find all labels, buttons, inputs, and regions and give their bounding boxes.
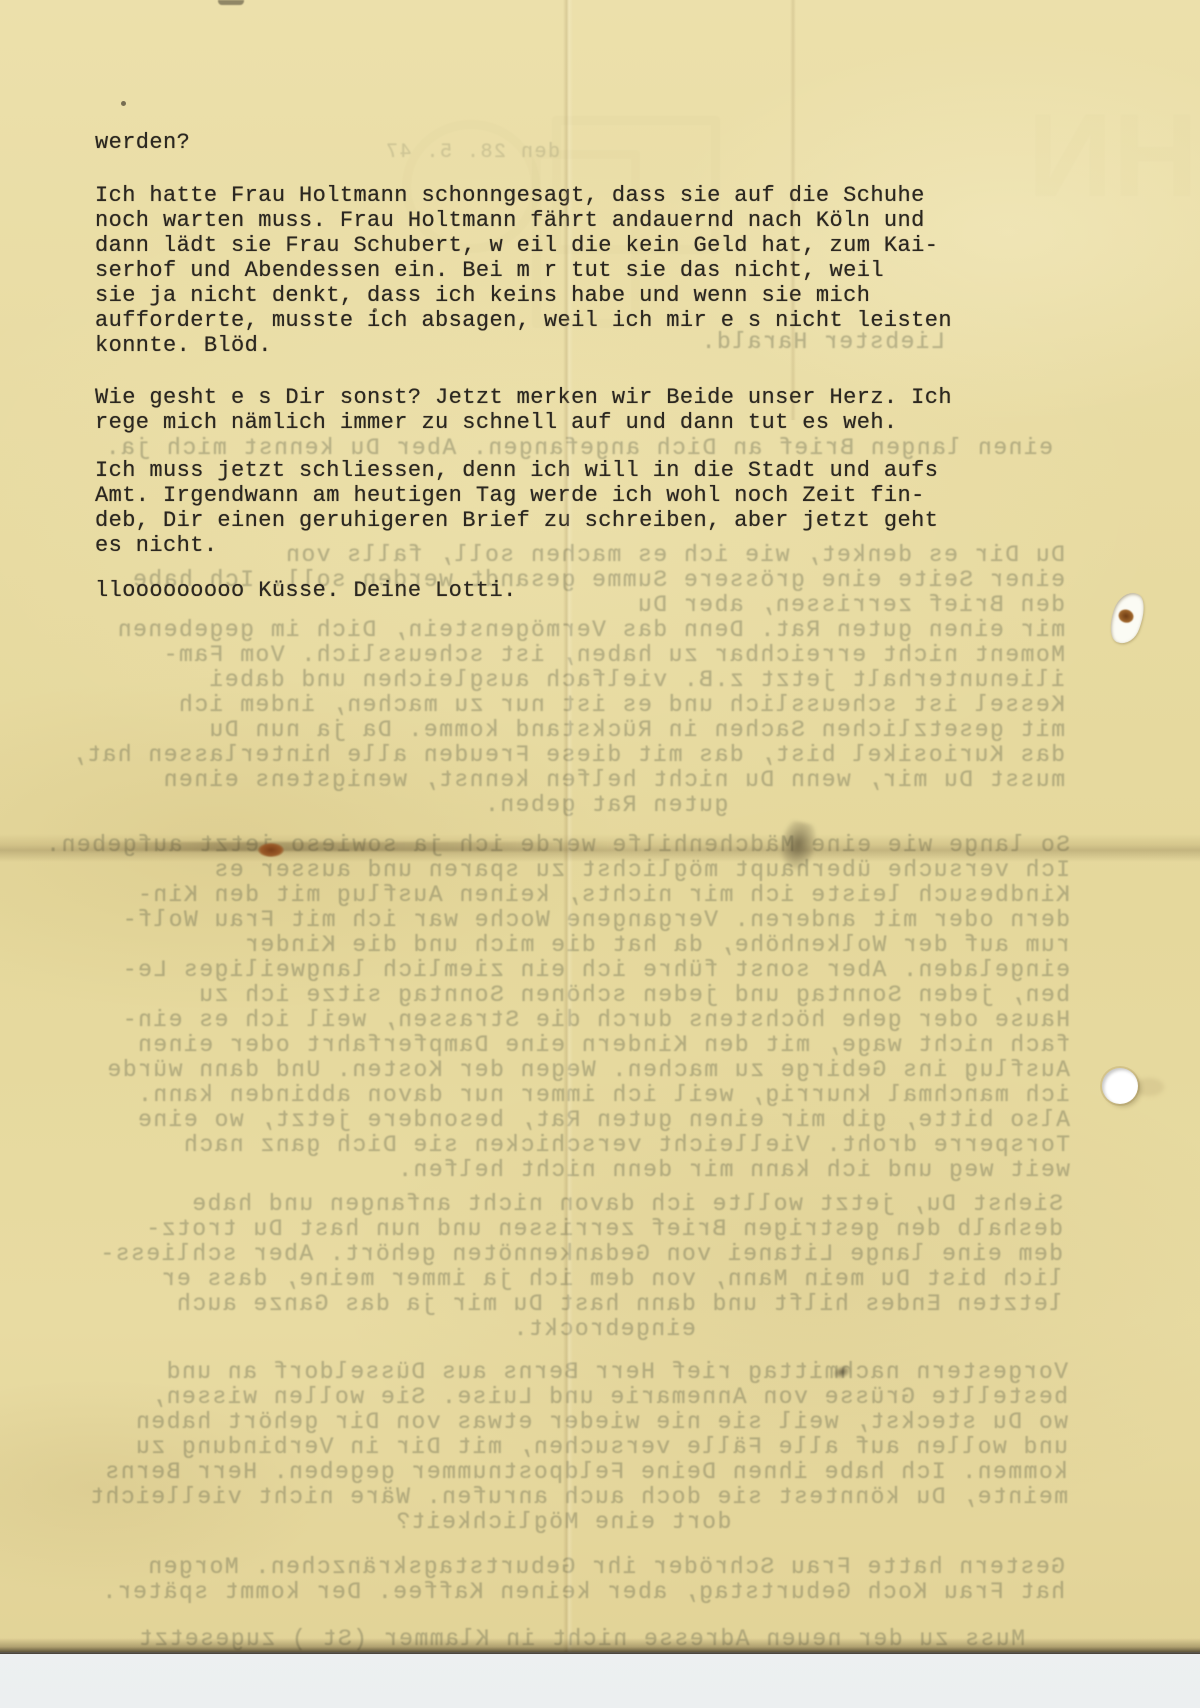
- hole-damage-spot: [1117, 608, 1135, 625]
- bleed-paragraph-f: Gestern hatte Frau Schröder ihr Geburtst…: [101, 1555, 1065, 1605]
- fold-crease-vertical: [563, 0, 573, 1652]
- bleed-date-line: den 28. 5. 47: [384, 140, 560, 165]
- paper-speck: [373, 308, 377, 312]
- letter-opening-line: werden?: [95, 130, 190, 155]
- ghost-letterhead-letters: HN: [1028, 104, 1198, 208]
- scanned-letter-screenshot: { "document_type": "typewritten letter, …: [0, 0, 1200, 1708]
- fold-crease-shading: [60, 842, 620, 851]
- rust-spot: [258, 843, 284, 857]
- bleed-paragraph-e: Vorgestern nachmittag rief Herr Berns au…: [89, 1360, 1068, 1535]
- bleed-paragraph-c: So lange wie eine Mädchenhilfe werde ich…: [45, 833, 1070, 1183]
- punch-hole-tear: [1134, 1078, 1164, 1096]
- letter-paragraph-3: Ich muss jetzt schliessen, denn ich will…: [95, 458, 938, 558]
- paper-edge-notch: [218, 0, 244, 5]
- letter-paragraph-2: Wie gesht e s Dir sonst? Jetzt merken wi…: [95, 385, 952, 435]
- paper-bottom-edge: [0, 1638, 1200, 1654]
- punch-hole: [1102, 1068, 1138, 1104]
- fold-crease-vertical-faint: [790, 0, 796, 420]
- bleed-paragraph-d: Siehst Du, jetzt wollte ich davon nicht …: [99, 1192, 1063, 1342]
- letter-paragraph-1: Ich hatte Frau Holtmann schonngesagt, da…: [95, 183, 952, 358]
- paper-speck: [121, 101, 126, 106]
- paper: HN den 28. 5. 47 Liebster Harald. einen …: [0, 0, 1200, 1652]
- letter-closing-line: llooooooooo Küsse. Deine Lotti.: [95, 578, 517, 603]
